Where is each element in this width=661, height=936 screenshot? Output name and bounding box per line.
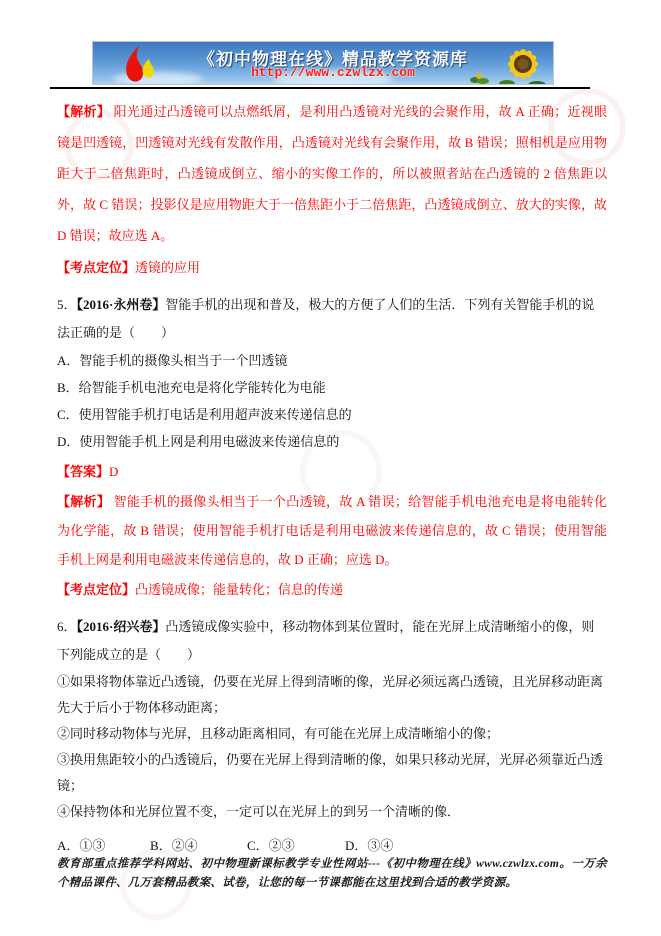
question-6-stem: 6．【2016·绍兴卷】凸透镜成像实验中，移动物体到某位置时，能在光屏上成清晰缩… — [57, 613, 607, 669]
analysis-label: 【解析】 — [57, 494, 110, 509]
statement-2: ②同时移动物体与光屏，且移动距离相同，有可能在光屏上成清晰缩小的像； — [57, 721, 607, 747]
document-content: 【解析】 阳光通过凸透镜可以点燃纸屑，是利用凸透镜对光线的会聚作用，故 A 正确… — [57, 96, 607, 859]
exam-point-label: 【考点定位】 — [57, 582, 135, 597]
question-5-stem: 5．【2016·永州卷】智能手机的出现和普及，极大的方便了人们的生活．下列有关智… — [57, 291, 607, 347]
sunflower-icon — [491, 41, 549, 85]
exam-point-text: 凸透镜成像；能量转化；信息的传递 — [135, 582, 343, 597]
option-b: B．给智能手机电池充电是将化学能转化为电能 — [57, 374, 607, 401]
q5-analysis-paragraph: 【解析】 智能手机的摄像头相当于一个凸透镜，故 A 错误；给智能手机电池充电是将… — [57, 487, 607, 574]
q5-exam-point: 【考点定位】凸透镜成像；能量转化；信息的传递 — [57, 576, 607, 604]
question-number: 6． — [57, 619, 77, 634]
question-source: 【2016·永州卷】 — [77, 297, 166, 312]
answer-label: 【答案】 — [57, 464, 109, 479]
site-banner: 《初中物理在线》精品教学资源库 http://www.czwlzx.com — [92, 41, 554, 85]
document-page: 《初中物理在线》精品教学资源库 http://www.czwlzx.com — [0, 0, 661, 936]
exam-point-label: 【考点定位】 — [57, 260, 135, 275]
q4-analysis-paragraph: 【解析】 阳光通过凸透镜可以点燃纸屑，是利用凸透镜对光线的会聚作用，故 A 正确… — [57, 96, 607, 251]
option-d: D．使用智能手机上网是利用电磁波来传递信息的 — [57, 428, 607, 455]
question-number: 5． — [57, 297, 77, 312]
banner-url: http://www.czwlzx.com — [163, 65, 503, 80]
page-footer: 教育部重点推荐学科网站、初中物理新课标教学专业性网站---《初中物理在线》www… — [57, 855, 607, 893]
site-logo-icon — [119, 44, 163, 84]
statement-1: ①如果将物体靠近凸透镜，仍要在光屏上得到清晰的像，光屏必须远离凸透镜，且光屏移动… — [57, 669, 607, 721]
q4-exam-point: 【考点定位】透镜的应用 — [57, 254, 607, 282]
q5-answer: 【答案】D — [57, 458, 607, 485]
analysis-text: 智能手机的摄像头相当于一个凸透镜，故 A 错误；给智能手机电池充电是将电能转化为… — [57, 494, 607, 567]
statement-3: ③换用焦距较小的凸透镜后，仍要在光屏上得到清晰的像，如果只移动光屏，光屏必须靠近… — [57, 747, 607, 799]
answer-text: D — [109, 464, 118, 479]
analysis-label: 【解析】 — [57, 104, 110, 119]
plant-icon — [469, 70, 491, 84]
option-a: A．智能手机的摄像头相当于一个凹透镜 — [57, 347, 607, 374]
header-divider — [50, 87, 590, 89]
exam-point-text: 透镜的应用 — [135, 260, 200, 275]
statement-4: ④保持物体和光屏位置不变，一定可以在光屏上的到另一个清晰的像． — [57, 799, 607, 825]
option-c: C．使用智能手机打电话是利用超声波来传递信息的 — [57, 401, 607, 428]
question-source: 【2016·绍兴卷】 — [77, 619, 166, 634]
analysis-text: 阳光通过凸透镜可以点燃纸屑，是利用凸透镜对光线的会聚作用，故 A 正确；近视眼镜… — [57, 104, 607, 243]
